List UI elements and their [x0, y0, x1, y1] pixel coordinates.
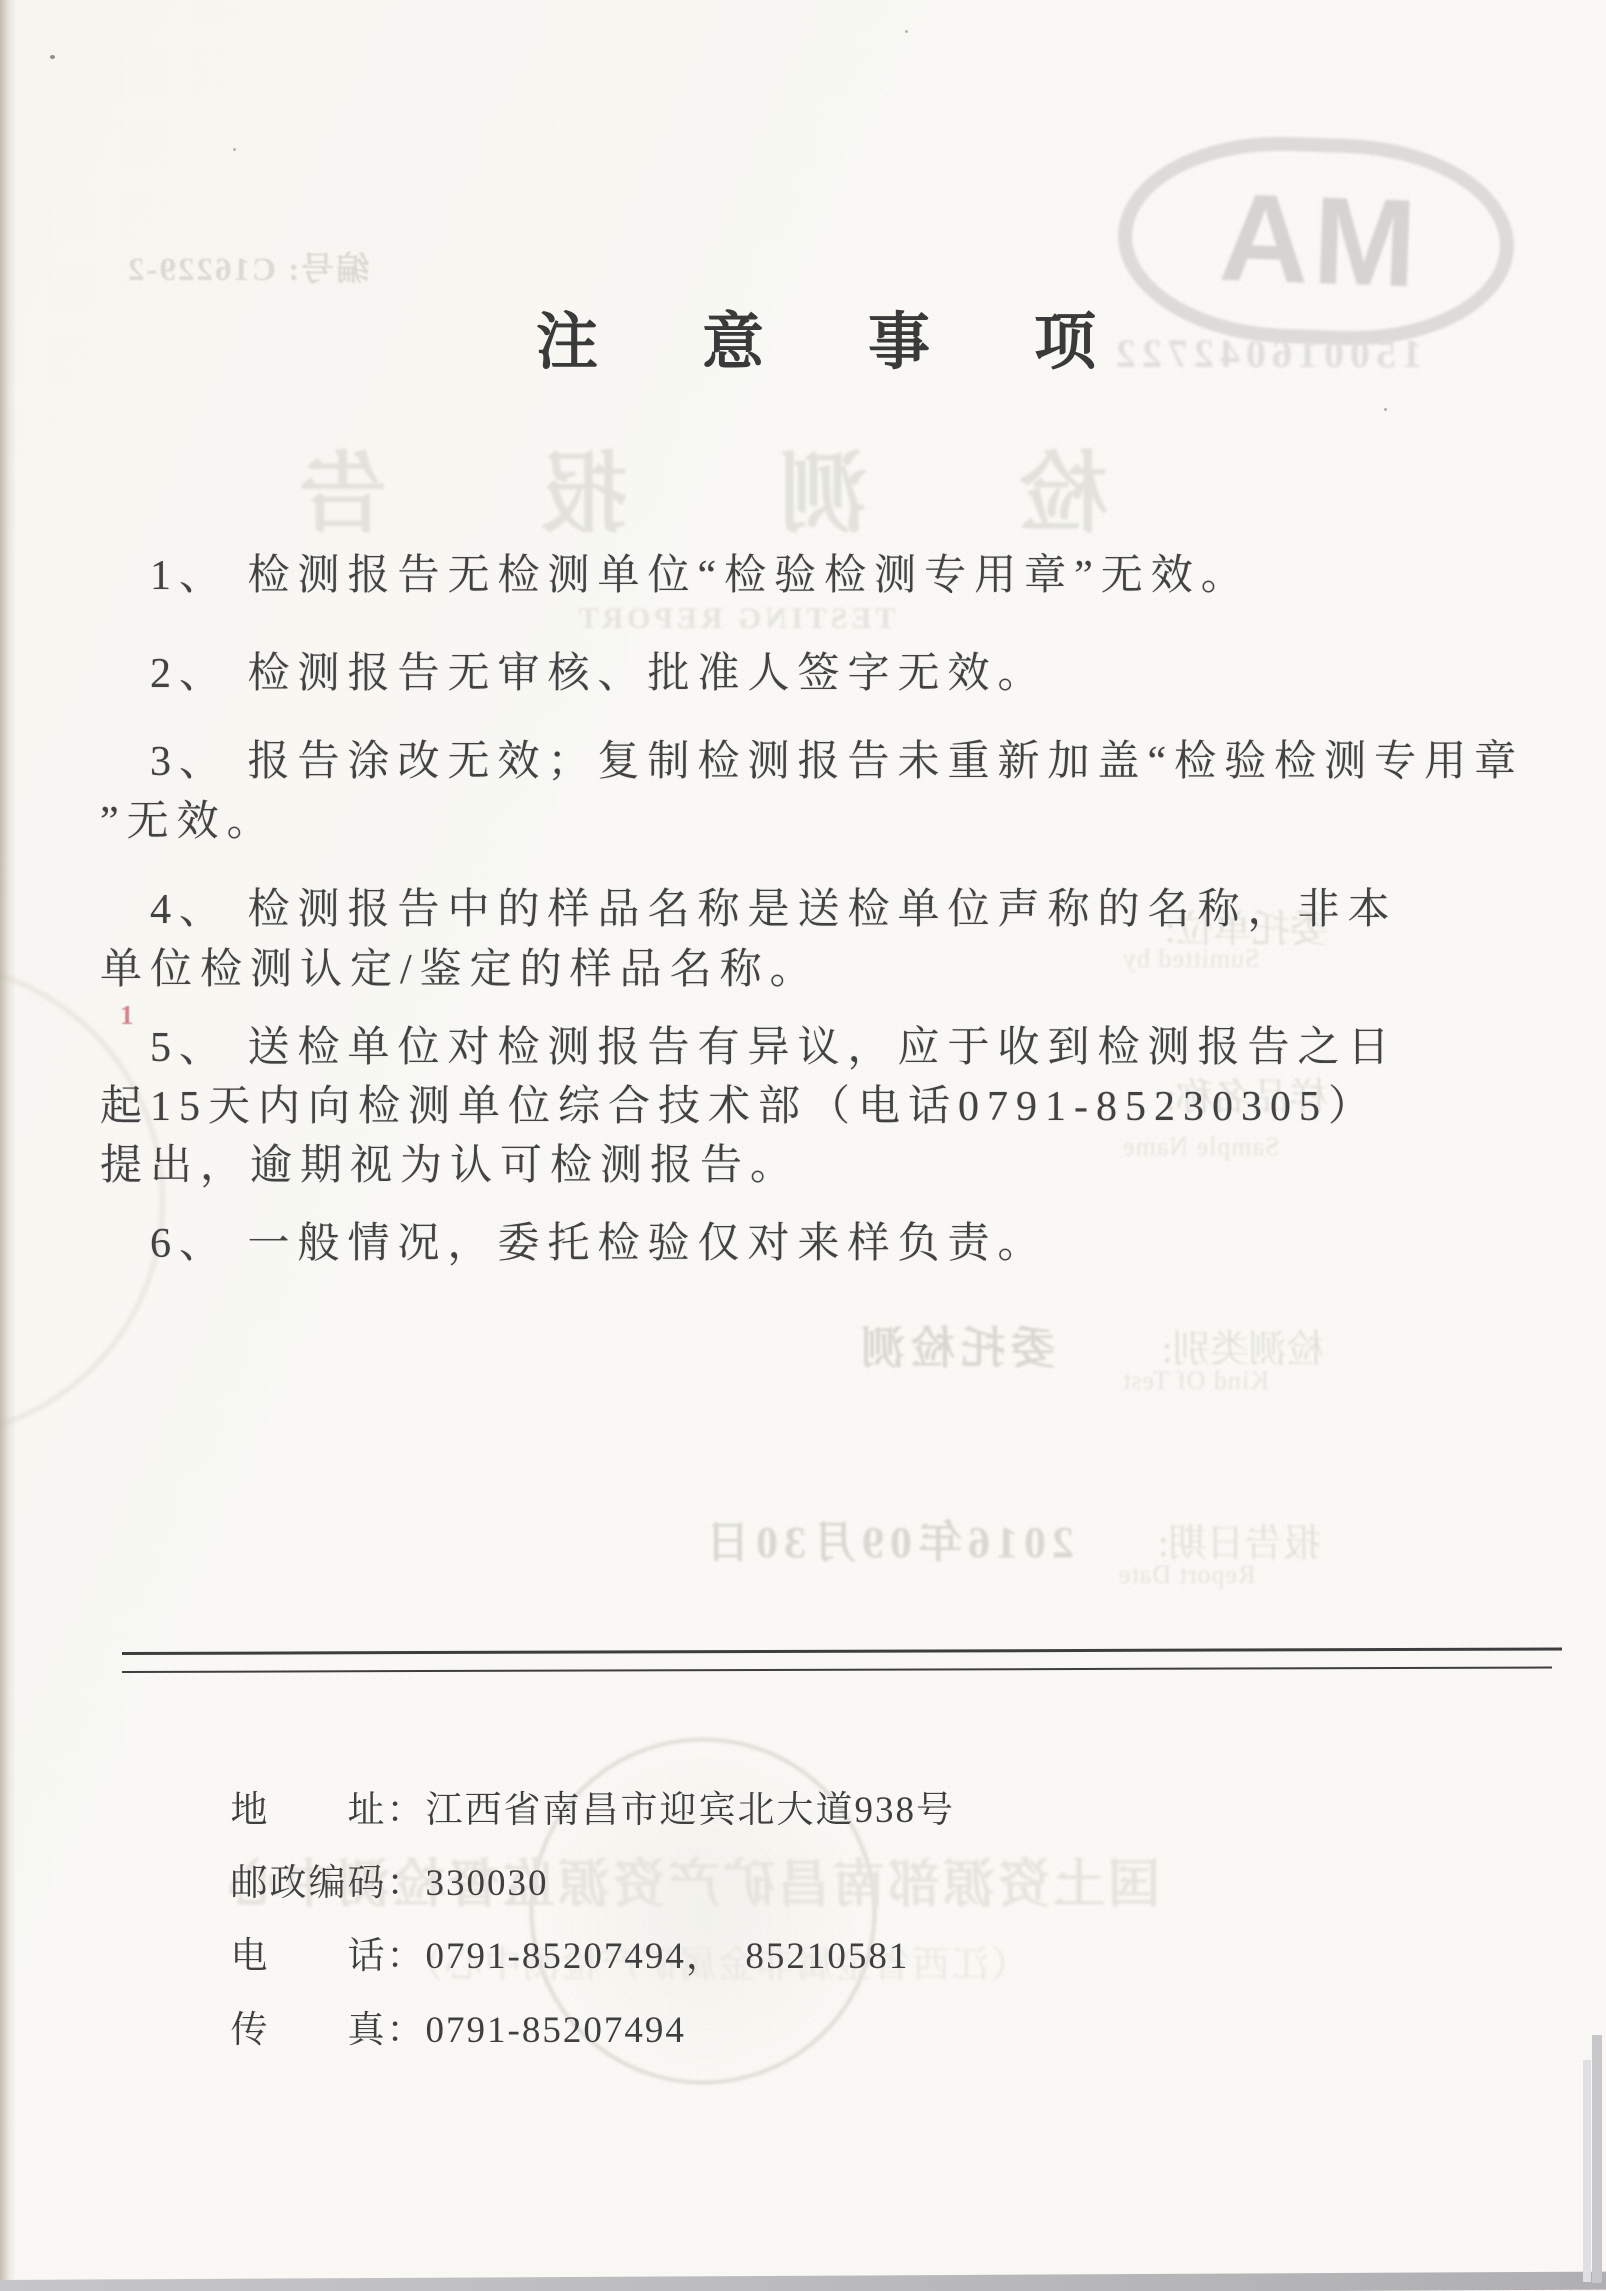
bleedthrough-report-title-en: TESTING REPORT	[540, 602, 930, 636]
scanned-document-page: 编号: C16229-2 MA 150016042722 检 测 报 告 TES…	[0, 0, 1606, 2291]
note-line: 单位检测认定/鉴定的样品名称。	[100, 936, 820, 996]
scan-speck	[1384, 408, 1387, 411]
scan-speck	[233, 148, 236, 151]
bleedthrough-report-date-value: 2016年09月30日	[700, 1506, 1074, 1570]
bleedthrough-serial-number: 编号: C16229-2	[126, 243, 369, 290]
fax-label: 传 真：	[231, 2010, 426, 2051]
scan-edge-right-light	[1583, 2060, 1591, 2282]
bleedthrough-partial-seal-arc-icon	[0, 962, 164, 1438]
bleedthrough-submitted-by-en: Sumitted by	[1122, 944, 1259, 974]
scan-edge-bottom	[0, 2272, 1606, 2291]
fax-value: 0791-85207494	[426, 2010, 686, 2051]
page-title: 注意事项	[536, 292, 1200, 381]
cma-stamp-letters: MA	[1213, 167, 1419, 316]
bleedthrough-report-date-label: 报告日期:	[1158, 1512, 1321, 1567]
note-line: 4、 检测报告中的样品名称是送检单位声称的名称，非本	[150, 876, 1398, 936]
bleedthrough-kind-of-test-en: Kind Of Test	[1122, 1366, 1269, 1396]
bleedthrough-kind-of-test-value: 委托检测	[855, 1312, 1055, 1376]
bleedthrough-report-title: 检 测 报 告	[408, 424, 1108, 550]
stray-red-mark: 1	[120, 1000, 134, 1031]
note-line: 起15天内向检测单位综合技术部（电话0791-85230305）	[100, 1073, 1378, 1133]
note-line: 2、 检测报告无审核、批准人签字无效。	[150, 640, 1048, 700]
divider-rule-bottom	[122, 1667, 1552, 1673]
scan-edge-right	[1592, 2035, 1602, 2283]
divider-rule-top	[122, 1647, 1562, 1655]
note-line: 6、 一般情况，委托检验仅对来样负责。	[150, 1210, 1048, 1270]
bleedthrough-sample-name-en: Sample Name	[1122, 1132, 1280, 1162]
bleedthrough-report-date-en: Report Date	[1118, 1560, 1255, 1590]
note-line: 3、 报告涂改无效；复制检测报告未重新加盖“检验检测专用章	[150, 728, 1524, 788]
scan-speck	[50, 55, 55, 59]
note-line: 5、 送检单位对检测报告有异议，应于收到检测报告之日	[150, 1014, 1398, 1074]
scan-edge-left	[0, 0, 16, 2291]
note-line: 1、 检测报告无检测单位“检验检测专用章”无效。	[150, 542, 1251, 602]
scan-speck	[905, 30, 908, 33]
contact-row-fax: 传 真：0791-85207494	[163, 1956, 686, 2096]
bleedthrough-kind-of-test-label: 检测类别:	[1162, 1318, 1325, 1373]
note-line: ”无效。	[100, 788, 277, 848]
note-line: 提出，逾期视为认可检测报告。	[100, 1132, 800, 1192]
